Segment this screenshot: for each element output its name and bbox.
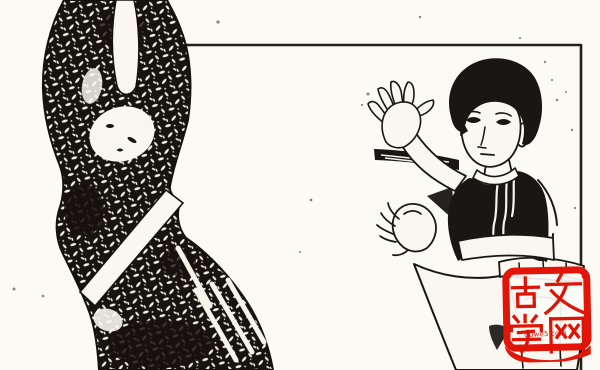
illustration-canvas: guwe5.com 古文学网 古 文 学 网 xyxy=(0,0,600,370)
watermark-seal: guwe5.com 古文学网 古 文 学 网 xyxy=(501,265,593,363)
seal-graphic xyxy=(501,265,593,363)
forearm xyxy=(458,235,554,260)
blade-shape xyxy=(112,0,139,94)
